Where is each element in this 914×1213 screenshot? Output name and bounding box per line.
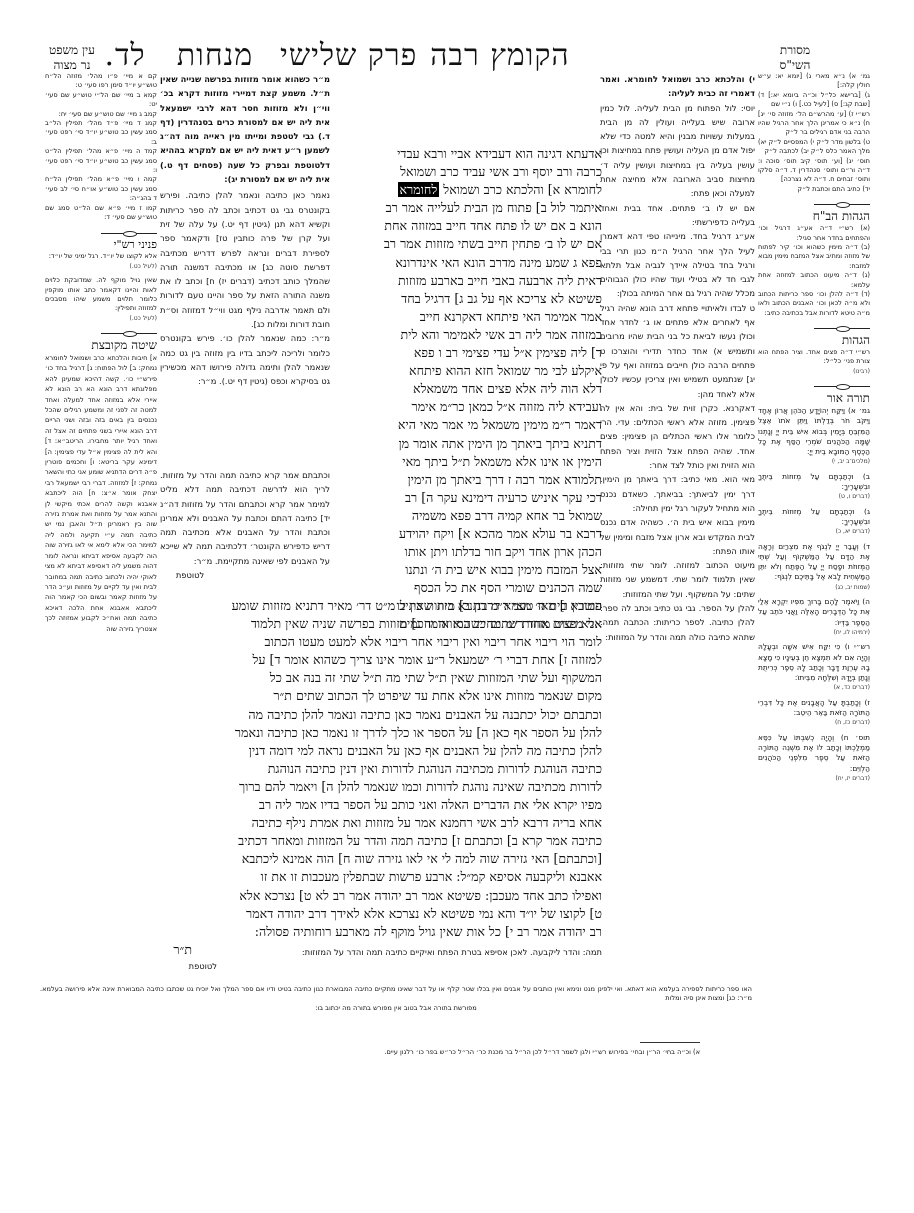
hashas-label: השי"ס [765, 58, 825, 73]
masoret-hashas-entry: יד) כתיב התם וכתבת ל״ק [758, 185, 870, 194]
tosafot-text: מ״ר: כמה שנאמר להלן כו׳. פירש בקונטרס כל… [160, 333, 330, 386]
gemara-line: אם יש לו ב׳ פתחין חייב בשתי מזוזות אמר ר… [330, 235, 602, 253]
tosafot-bottom-line: האו ספר כריתות לספירה בעלמא הוא דאתא. וא… [40, 985, 752, 1004]
hagahot-text: רש״י ד״ה פצים אחד. וציר הפתח הוא צורת פנ… [758, 348, 870, 367]
masoret-hashas-entry: ג) [ברישא כל״ל וכ״ה ביומא יא:] ד) [שבת ק… [758, 91, 870, 110]
peninei-rashi-entry: אלא לקוצו של יו״ד. רגל ימיני של יו״ד: [45, 252, 157, 261]
rashi-paragraph: יוסי: לול הפתוח מן הבית לעליה. לול כמין … [600, 101, 755, 201]
gemara-line: להלן כתיבה מה להלן על האבנים אף כאן על ה… [160, 742, 602, 760]
gemara-wide-block: פוטרין ו] מאי טעמא דרבנן ב] מזוזות כתיב … [160, 597, 602, 959]
peninei-rashi-entries: אלא לקוצו של יו״ד. רגל ימיני של יו״ד: (ל… [45, 252, 157, 323]
ornament-divider [45, 229, 157, 238]
masoret-hashas-entry: ט) בלשון מדר ל״ק י) המפסיים ל״ק יא) מלך … [758, 138, 870, 157]
gemara-line: במזוזה אמר ליה רב אשי לאמימר והא לית [330, 326, 602, 344]
rashi-bottom-continuation: תמה: והדר ליקבעה. לאכן אסיפא בטרת הפתח ו… [160, 945, 602, 974]
shita-mekubetzet-title: שיטה מקובצת [45, 341, 157, 350]
gemara-line: פשיטא לא צריכא אף על גב ג] דרגיל בחד [330, 290, 602, 308]
ein-mishpat-entry: קמב ג מיי׳ שם טוש״ע שם סעי׳ יח: [45, 110, 157, 119]
gemara-line: רב יהודה אמר רב י] כל אות שאין גויל מוקף… [160, 923, 602, 941]
footnote-rule [640, 1042, 700, 1043]
folio-number: לד. [95, 40, 155, 72]
hagahot-habach-entry: (ב) ד״ה מימין כשהוא וכו׳ קיר לפתוח של מז… [758, 243, 870, 271]
hagahot-habach-entry: (א) רש״י ד״ה אע״ג דרגיל וכו׳ והפתחים בחד… [758, 224, 870, 243]
hagahot-ref: (רבינו) [758, 367, 870, 376]
torah-or-ref: (דברים כז, ח) [758, 718, 870, 728]
peninei-rashi-ref: (לעיל כט.) [45, 314, 157, 323]
torah-or-verse: ז) וְכָתַבְתָּ עַל הָאֲבָנִים אֶת כָּל ד… [758, 698, 870, 719]
gemara-line: דאית ליה ארבעה באבי חייב בארבע מזוזות [330, 272, 602, 290]
gemara-line: פפא ג שמע מינה מדרב הונא האי אינדרונא [330, 254, 602, 272]
gemara-line: דתניא ביתך ביאתך מן הימין אתה אומר מן [330, 435, 602, 453]
rashi-paragraph: מיעוט הכתוב למזוזה. לומר שתי מזוזות: שאי… [600, 558, 755, 601]
masoret-label: מסורת [765, 43, 825, 58]
gemara-line: אני מיעוט מזוזות שתים כשהוא אומר ג] מזוז… [160, 615, 602, 633]
rashi-paragraph: אם יש לו ב׳ פתחים. אחד בבית ואחד בעלייה … [600, 201, 755, 230]
highlighted-word: לחומרא [398, 182, 440, 197]
torah-or-ref: (דברים יז, יח) [758, 774, 870, 784]
torah-or-verse: ה) וַיֹּאמֶר לָהֶם בָּרוּךְ מִפִּיו יִקְ… [758, 597, 870, 628]
ein-mishpat-entry: קמא ב מיי׳ שם הל״י טוש״ע שם סעי׳ יט: [45, 91, 157, 110]
gemara-line: למזוזה ז] אחת דברי ר׳ ישמעאל ר״ע אומר אי… [160, 651, 602, 669]
torah-or-verse: תוס׳ ח) וְהָיָה כְשִׁבְתּוֹ עַל כִּסֵּא … [758, 733, 870, 774]
torah-or-ref: (מלכים־ב יב, י) [758, 457, 870, 467]
ein-mishpat-entry: קם א מיי׳ פ״ו מהל׳ מזוזה הל״ח טוש״ע יו״ד… [45, 72, 157, 91]
tosafot-column: מ״ר כשהוא אומר מזוזות בפרשה שנייה שאין ת… [160, 72, 330, 389]
torah-or-ref: (דברים ו, ט) [758, 492, 870, 502]
peninei-rashi-title: פניני רש"י [45, 240, 157, 249]
rashi-column: י) והלכתא כרב ושמואל לחומרא. ואמר דאמרי … [600, 72, 755, 644]
tosafot-bottom-line: מפורשת בתורה אבל בטוב אין מפורש בתורה מה… [40, 1004, 752, 1013]
peninei-rashi-entry: שאין גויל מוקף לה. שמדובקת כלוים לאות וה… [45, 276, 157, 314]
gemara-line: כרבה ורב יוסף ורב אשי עביד כרב ושמואל [330, 163, 602, 181]
hagahot-habach-title: הגהות הב"ח [758, 212, 870, 221]
torah-or-verse: גמ׳ א) וַיִּקַּח יְהוֹיָדָע הַכֹּהֵן אֲר… [758, 406, 870, 457]
peninei-rashi-ref: (לעיל כט.) [45, 262, 157, 271]
tosafot-text: מ״ר כשהוא אומר מזוזות בפרשה שנייה שאין ת… [160, 74, 330, 184]
rashi-paragraph: אע״ג דרגיל בחד. מינייהו טפי דהא דאמרן לע… [600, 229, 755, 300]
gemara-line: הכהן ארון אחד ויקב חור בדלתו ויתן אותו [330, 543, 602, 561]
gemara-line: ועבידא ליה מזוזה א״ל כמאן כר״מ אימר [330, 398, 602, 416]
torah-or-verse: ג) וּכְתַבְתָּם עַל מְזוּזוֹת בֵּיתֶךָ ו… [758, 507, 870, 528]
ein-mishpat-column: קם א מיי׳ פ״ו מהל׳ מזוזה הל״ח טוש״ע יו״ד… [45, 72, 157, 634]
torah-or-entries: גמ׳ א) וַיִּקַּח יְהוֹיָדָע הַכֹּהֵן אֲר… [758, 406, 870, 784]
gemara-narrow-block: אדעתא דגינה הוא דעבידא אביי ורבא עבדי כר… [330, 145, 602, 634]
masoret-hashas-entry: רש״י ז) [ע׳ מהרש״ם הל׳ מזוזה סי׳ יג] ח) … [758, 110, 870, 138]
torah-or-verse: רש״י ו) כִּי יִקַּח אִישׁ אִשָּׁה וּבְעָ… [758, 642, 870, 683]
hagahot-habach-entry: (ג) ד״ה מיעוט הכתוב למזוזה אחת עלמא: [758, 271, 870, 290]
gemara-line: מקום שנאמר מזוזות אינו אלא אחת עד שיפרט … [160, 687, 602, 705]
gemara-line: שמה הכהנים שומרי הסף את כל הכסף [330, 579, 602, 597]
gemara-line: הימין או אינו אלא משמאל ת״ל ביתך מאי [330, 453, 602, 471]
ner-mitzvah-label: נר מצוה [42, 58, 102, 73]
gemara-line: דכי עקר איניש כרעיה דימינא עקר ה] רב [330, 489, 602, 507]
shita-mekubetzet-text: א] חיבות והלכתא כרב ושמואל לחומרא נמחק: … [45, 353, 157, 634]
rashi-paragraph: מימין בבוא איש בית ה׳. כשהיה אדם נכנס לב… [600, 515, 755, 558]
gemara-line: איקלע לבי מר שמואל חזא ההוא פיתחא [330, 362, 602, 380]
torah-or-ref: (שמות יב, כג) [758, 583, 870, 593]
masoret-hashas-header: מסורת השי"ס [765, 43, 825, 73]
rashi-paragraph: להלן על הספר. גבי גט כתיב וכתב לה ספר: ל… [600, 601, 755, 644]
gemara-line: אמר אמימר האי פיתחא דאקרנא חייב [330, 308, 602, 326]
gemara-line: ואפילו כתב אחד מעכבן: פשיטא אמר רב יהודה… [160, 887, 602, 905]
ein-mishpat-entry: קמד ה מיי׳ פ״א מהל׳ תפילין הל״ט סמג עשין… [45, 147, 157, 175]
hagahot-title: הגהות [758, 336, 870, 345]
rashi-catchword: לטוטפת [160, 959, 217, 973]
gemara-line: אצל המזבח מימין בבוא איש בית ה׳ ונתנו [330, 561, 602, 579]
gemara-line: לדורות מכתיבה שאינה נוהגת לדורות וכמו שנ… [160, 778, 602, 796]
ein-mishpat-entry: קמג ד מיי׳ פ״ד מהל׳ תפילין הל״ב סמג עשין… [45, 119, 157, 147]
torah-or-ref: (דברים יא, כ) [758, 527, 870, 537]
gemara-line: דאמר ר״מ מימין משמאל מי אמר מאי היא [330, 416, 602, 434]
masoret-hashas-entries: גמ׳ א) נ״א מארי ג) [יומא יא: ע״ש חולין ק… [758, 72, 870, 194]
masoret-hashas-entry: גמ׳ א) נ״א מארי ג) [יומא יא: ע״ש חולין ק… [758, 72, 870, 91]
rashi-paragraph: י) והלכתא כרב ושמואל לחומרא. ואמר דאמרי … [600, 72, 755, 101]
tosafot-paragraph: מ״ר כשהוא אומר מזוזות בפרשה שנייה שאין ת… [160, 72, 330, 186]
gemara-line: אאבנא וליקבעה אסיפא קמ״ל: ארבע פרשות שבת… [160, 868, 602, 886]
gemara-line: כתיבה הנוהגת לדורות מכתיבה הנוהגת לדורות… [160, 760, 602, 778]
chapter-name: הקומץ רבה [420, 40, 580, 72]
ein-mishpat-entry: קמה ו מיי׳ פ״א מהל׳ תפילין הל״ח סמג עשין… [45, 175, 157, 203]
tosafot-paragraph: וכתבתם אמר קרא כתיבה תמה והדר על מזוזות.… [160, 468, 330, 568]
ein-mishpat-entries: קם א מיי׳ פ״ו מהל׳ מזוזה הל״ח טוש״ע יו״ד… [45, 72, 157, 223]
tosafot-paragraph: מ״ר: כמה שנאמר להלן כו׳. פירש בקונטרס כל… [160, 331, 330, 388]
tosafot-text: נאמר כאן כתיבה ונאמר להלן כתיבה. ופירש ב… [160, 190, 330, 329]
tosafot-catchword: לטוטפת [160, 568, 220, 582]
masoret-hashas-entry: תוס׳ יג) [וע׳ תוס׳ קיב תוס׳ סוכה ו: ד״ה … [758, 157, 870, 185]
gemara-line: מפיו יקרא אלי את הדברים האלה ואני כותב ע… [160, 796, 602, 814]
torah-or-verse: ד) וְעָבַר יְיָ לִנְגֹּף אֶת מִצְרַיִם ו… [758, 542, 870, 583]
torah-or-ref: (ירמיהו לו, יח) [758, 628, 870, 638]
gemara-line: [וכתבתם] האי גזירה שוה למה לי אי לאו גזי… [160, 850, 602, 868]
rashi-paragraph: תמה: והדר ליקבעה. לאכן אסיפא בטרת הפתח ו… [160, 945, 602, 959]
ein-mishpat-header: עין משפט נר מצוה [42, 43, 102, 73]
gemara-line: וכתבתם יכול יכתבנה על האבנים נאמר כאן כת… [160, 706, 602, 724]
tosafot-column-lower: וכתבתם אמר קרא כתיבה תמה והדר על מזוזות.… [160, 468, 330, 582]
tosafot-paragraph: נאמר כאן כתיבה ונאמר להלן כתיבה. ופירש ב… [160, 186, 330, 331]
tosafot-bottom-block: האו ספר כריתות לספירה בעלמא הוא דאתא. וא… [40, 985, 752, 1013]
gemara-line: דרבא בר עולא אמר מהכא א] ויקח יהוידע [330, 525, 602, 543]
gemara-line: אדעתא דגינה הוא דעבידא אביי ורבא עבדי [330, 145, 602, 163]
ein-mishpat-entry: קמו ז מיי׳ פ״א שם הל״ט סמג שם טוש״ע שם ס… [45, 204, 157, 223]
outer-right-margin: גמ׳ א) נ״א מארי ג) [יומא יא: ע״ש חולין ק… [758, 72, 870, 784]
footnote: א) וכ״ה בחי׳ הר״ן ובחי׳ בפירוש רש״י ולגן… [270, 1048, 700, 1057]
gemara-line: פוטרין ו] מאי טעמא דרבנן ב] מזוזות כתיב … [160, 597, 602, 615]
gemara-line: כתיבה אמר קרא ב] וכתבתם ז] כתיבה תמה והד… [160, 832, 602, 850]
gemara-line: ד] ליה פצימין א״ל עדי פצימי רב ו פפא [330, 344, 602, 362]
rashi-paragraph: ט לבדו ולאיתויי פתחא דרב הונא שהיה רגיל … [600, 301, 755, 401]
rashi-paragraph: דאקרנא. כקרן זוית של בית: והא אין לה פצי… [600, 401, 755, 472]
tractate-name: מנחות [160, 40, 270, 72]
gemara-line: ט] לקוצו של יו״ד והא נמי פשיטא לא נצרכא … [160, 905, 602, 923]
gemara-line: דלא הוה ליה אלא פצים אחד משמאלא [330, 380, 602, 398]
gemara-line: לומר הוי ריבוי אחר ריבוי ואין ריבוי אחר … [160, 633, 602, 651]
ein-mishpat-label: עין משפט [42, 43, 102, 58]
gemara-line: לחומרא א] והלכתא כרב ושמואל לחומרא [330, 181, 602, 199]
torah-or-ref: (דברים כד, א) [758, 683, 870, 693]
hagahot-habach-entry: (ד) ד״ה להלן וכו׳ ספר כריתות הכתוב ולא מ… [758, 290, 870, 318]
gemara-line: אחא בריה דרבא לרב אשי רחמנא אמר על מזוזו… [160, 814, 602, 832]
gemara-line: הונא ב אם יש לו פתח אחד חייב במזוזה אחת [330, 217, 602, 235]
gemara-line: שמואל בר אחא קמיה דרב פפא משמיה [330, 507, 602, 525]
torah-or-verse: ב) וּכְתַבְתָּם עַל מְזוּזוֹת בֵּיתֶךָ ו… [758, 472, 870, 493]
torah-or-title: תורה אור [758, 394, 870, 403]
gemara-line: איתמר לול ב] פתוח מן הבית לעלייה אמר רב [330, 199, 602, 217]
chapter-number: פרק שלישי [280, 40, 415, 72]
gemara-line: תלמודא אמר רבה ז דרך ביאתך מן הימין [330, 471, 602, 489]
gemara-line: המשקוף ועל שתי המזוזות שאין ת״ל שתי מה ת… [160, 669, 602, 687]
gemara-line: להלן על הספר אף כאן ה] על הספר או כלך לד… [160, 724, 602, 742]
rashi-paragraph: מאי הוא. מאי כתיב: דרך ביאתך מן הימין. ד… [600, 472, 755, 515]
gemara-text: לחומרא א] והלכתא כרב ושמואל [443, 182, 602, 197]
